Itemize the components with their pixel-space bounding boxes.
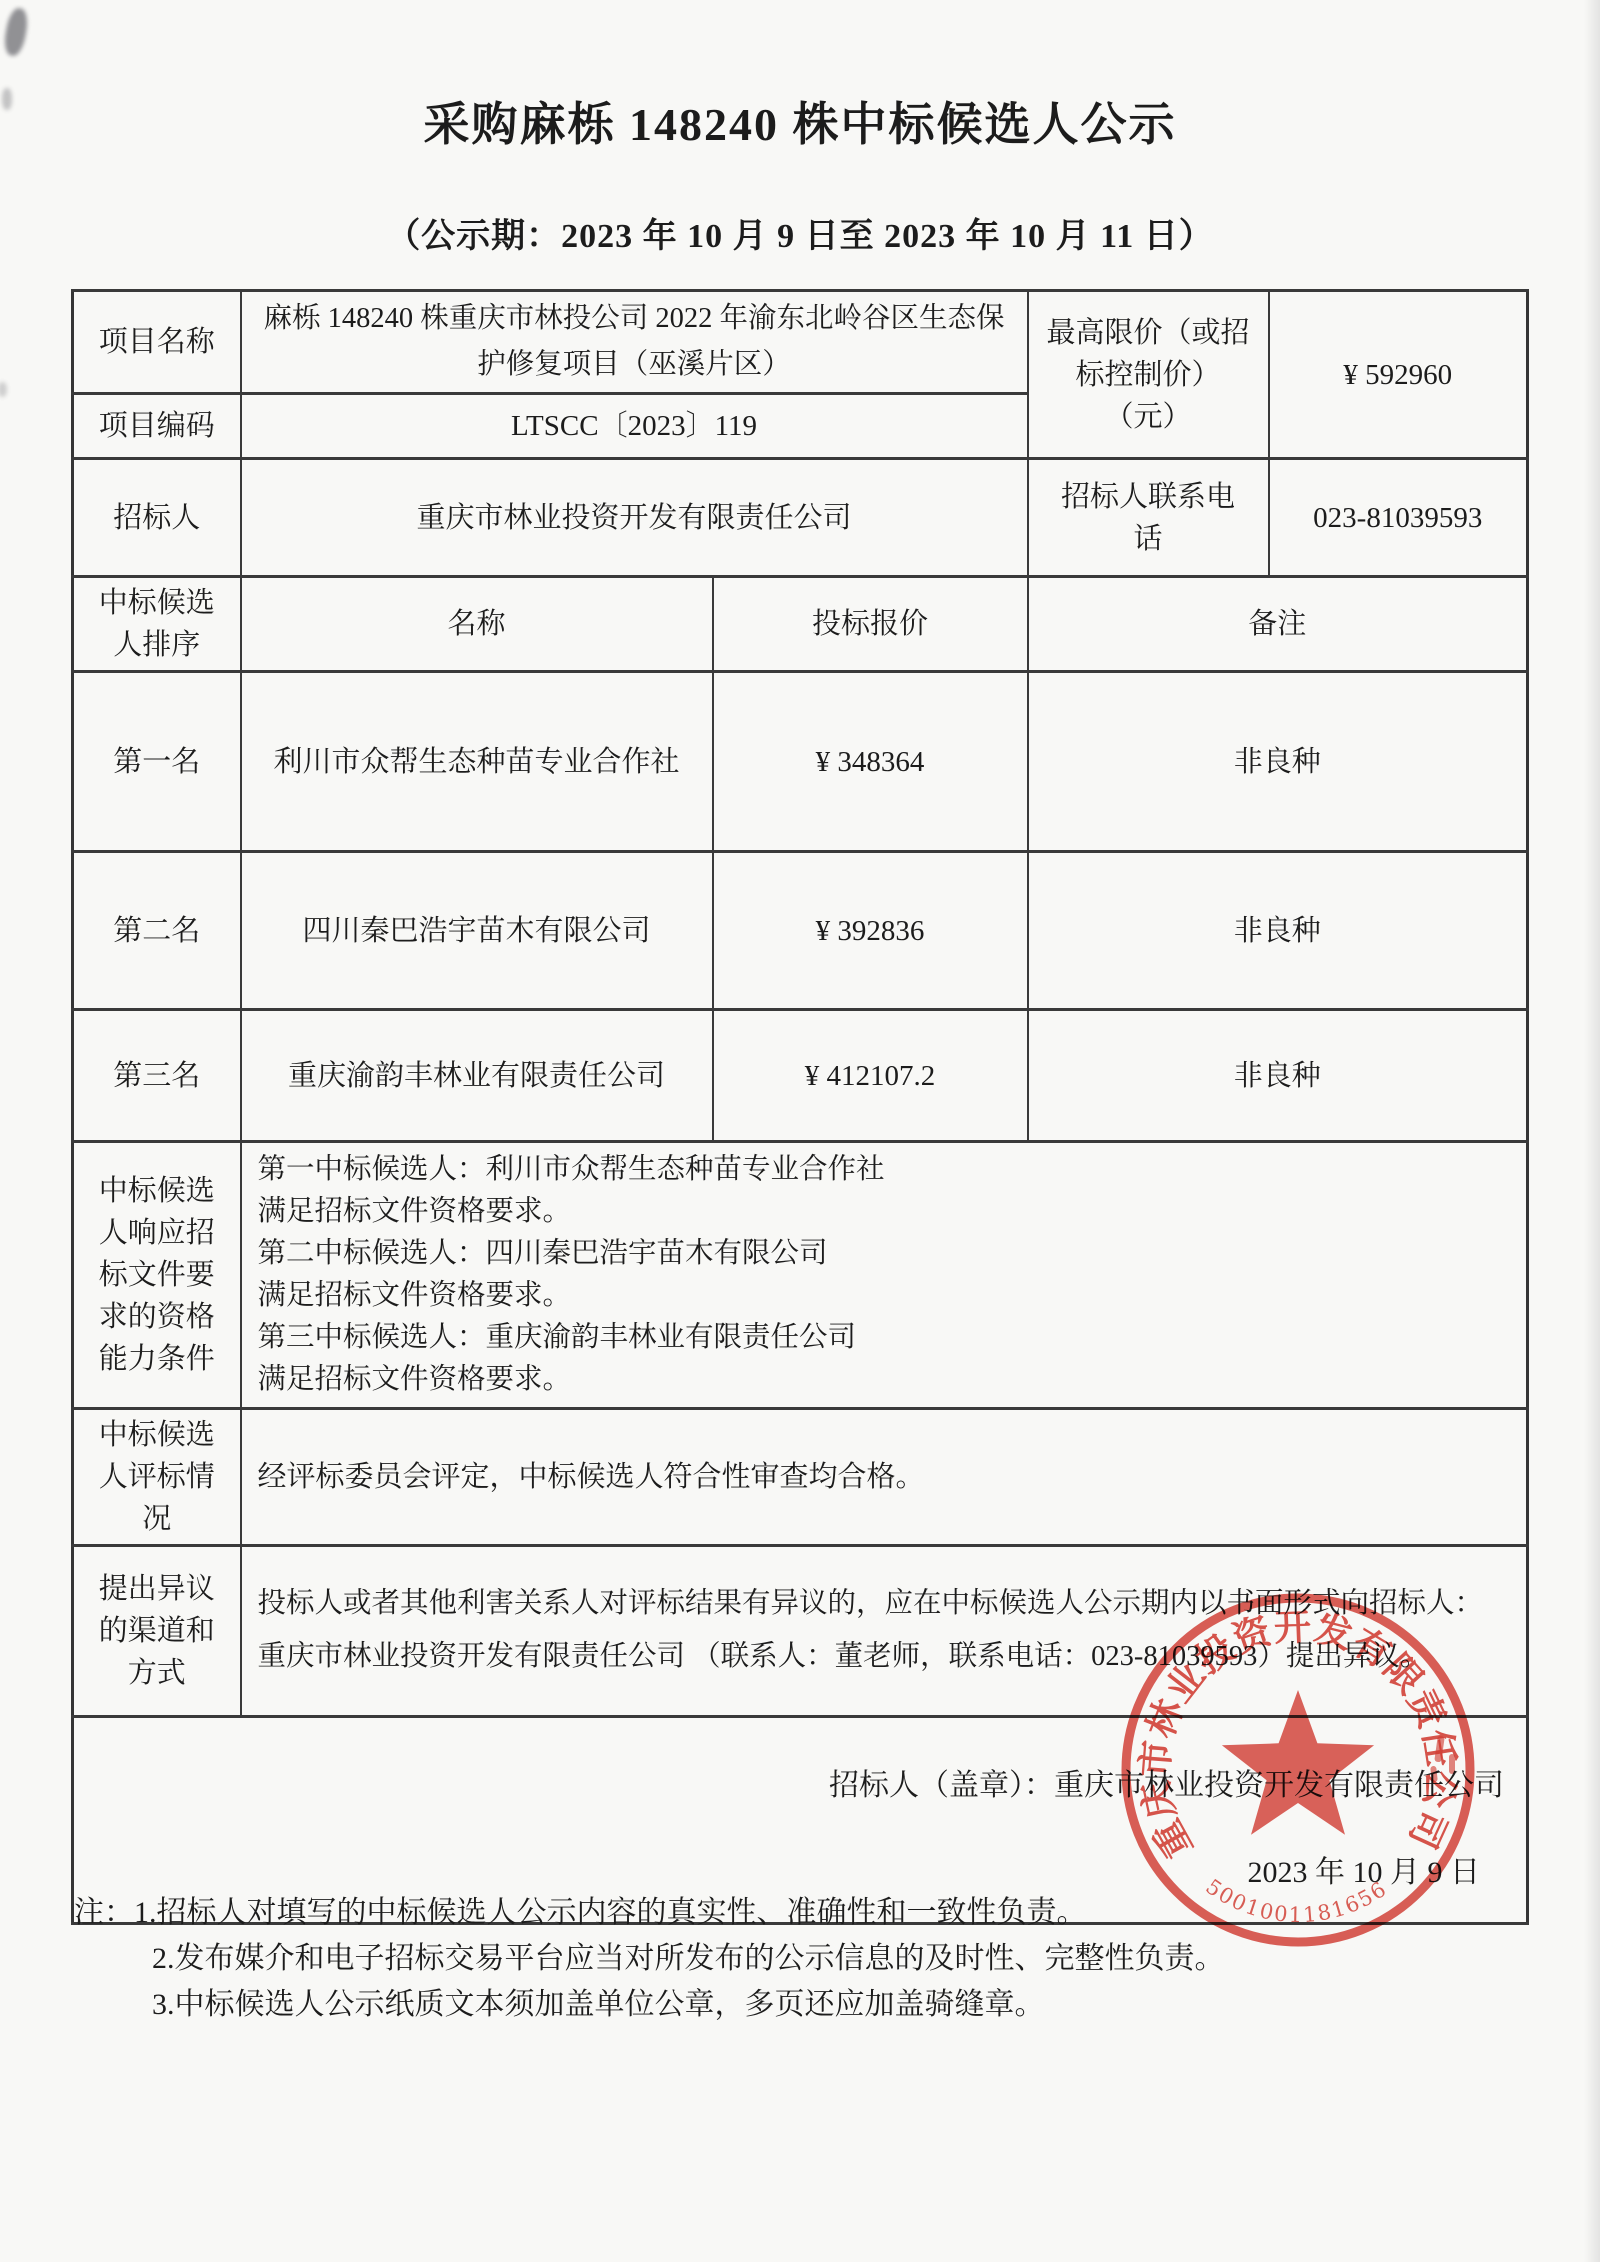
qualification-content: 第一中标候选人：利川市众帮生态种苗专业合作社 满足招标文件资格要求。 第二中标候… [241, 1142, 1528, 1408]
bid-candidates-table: 项目名称 麻栎 148240 株重庆市林投公司 2022 年渝东北岭谷区生态保护… [71, 289, 1529, 1925]
qualification-line: 第三中标候选人：重庆渝韵丰林业有限责任公司 [258, 1317, 1511, 1359]
project-name-label: 项目名称 [73, 291, 241, 394]
project-name-line2: 护修复项目（巫溪片区） [477, 349, 791, 380]
objection-label: 提出异议的渠道和方式 [73, 1545, 241, 1716]
footnote-1: 注：1.招标人对填写的中标候选人公示内容的真实性、准确性和一致性负责。 [74, 1890, 1544, 1936]
scan-edge-shade [1584, 0, 1600, 2262]
tenderer-phone-label: 招标人联系电话 [1028, 459, 1269, 577]
tenderer-phone-value: 023-81039593 [1269, 459, 1528, 577]
max-price-label-line1: 最高限价（或招 [1047, 317, 1250, 349]
objection-row: 提出异议的渠道和方式 投标人或者其他利害关系人对评标结果有异议的，应在中标候选人… [73, 1545, 1528, 1716]
candidates-header-row: 中标候选人排序 名称 投标报价 备注 [73, 577, 1528, 672]
qualification-line: 满足招标文件资格要求。 [258, 1359, 1511, 1401]
candidate-row-3: 第三名 重庆渝韵丰林业有限责任公司 ¥ 412107.2 非良种 [73, 1010, 1528, 1142]
scan-artifact [0, 382, 7, 397]
scan-artifact [2, 7, 30, 58]
footnote-prefix: 注： [74, 1896, 134, 1929]
phone-label-line1: 招标人联系电 [1061, 481, 1235, 513]
footnote-3: 3.中标候选人公示纸质文本须加盖单位公章，多页还应加盖骑缝章。 [74, 1982, 1544, 2028]
project-code-value: LTSCC〔2023〕119 [241, 394, 1028, 459]
project-name-line1: 麻栎 148240 株重庆市林投公司 2022 年渝东北岭谷区生态保 [264, 303, 1005, 334]
candidate-remark: 非良种 [1028, 1010, 1528, 1142]
candidate-rank: 第二名 [73, 852, 241, 1010]
name-header: 名称 [241, 577, 713, 672]
objection-line: 重庆市林业投资开发有限责任公司 （联系人：董老师，联系电话：023-810395… [258, 1631, 1511, 1684]
phone-label-line2: 话 [1134, 523, 1163, 555]
qualification-line: 第二中标候选人：四川秦巴浩宇苗木有限公司 [258, 1233, 1511, 1275]
evaluation-content: 经评标委员会评定，中标候选人符合性审查均合格。 [241, 1408, 1528, 1545]
candidate-name: 利川市众帮生态种苗专业合作社 [241, 672, 713, 852]
footnote-2: 2.发布媒介和电子招标交易平台应当对所发布的公示信息的及时性、完整性负责。 [74, 1936, 1544, 1982]
project-code-label: 项目编码 [73, 394, 241, 459]
qualification-line: 第一中标候选人：利川市众帮生态种苗专业合作社 [258, 1149, 1511, 1191]
tenderer-row: 招标人 重庆市林业投资开发有限责任公司 招标人联系电话 023-81039593 [73, 459, 1528, 577]
max-price-label: 最高限价（或招标控制价）（元） [1028, 291, 1269, 459]
qualification-line: 满足招标文件资格要求。 [258, 1275, 1511, 1317]
tenderer-name: 重庆市林业投资开发有限责任公司 [241, 459, 1028, 577]
signature-text: 招标人（盖章）：重庆市林业投资开发有限责任公司 [74, 1764, 1526, 1808]
objection-line: 投标人或者其他利害关系人对评标结果有异议的，应在中标候选人公示期内以书面形式向招… [258, 1578, 1511, 1631]
candidate-name: 四川秦巴浩宇苗木有限公司 [241, 852, 713, 1010]
candidate-row-1: 第一名 利川市众帮生态种苗专业合作社 ¥ 348364 非良种 [73, 672, 1528, 852]
candidate-price: ¥ 392836 [713, 852, 1028, 1010]
candidate-rank: 第一名 [73, 672, 241, 852]
qualification-row: 中标候选人响应招标文件要求的资格能力条件 第一中标候选人：利川市众帮生态种苗专业… [73, 1142, 1528, 1408]
candidate-rank: 第三名 [73, 1010, 241, 1142]
signature-date: 2023 年 10 月 9 日 [74, 1851, 1526, 1895]
footnotes: 注：1.招标人对填写的中标候选人公示内容的真实性、准确性和一致性负责。 2.发布… [74, 1890, 1544, 2028]
max-price-value: ¥ 592960 [1269, 291, 1528, 459]
objection-content: 投标人或者其他利害关系人对评标结果有异议的，应在中标候选人公示期内以书面形式向招… [241, 1545, 1528, 1716]
tenderer-label: 招标人 [73, 459, 241, 577]
qualification-label: 中标候选人响应招标文件要求的资格能力条件 [73, 1142, 241, 1408]
candidate-remark: 非良种 [1028, 672, 1528, 852]
candidate-row-2: 第二名 四川秦巴浩宇苗木有限公司 ¥ 392836 非良种 [73, 852, 1528, 1010]
document-page: 采购麻栎 148240 株中标候选人公示 （公示期：2023 年 10 月 9 … [0, 0, 1600, 2262]
publicity-period: （公示期：2023 年 10 月 9 日至 2023 年 10 月 11 日） [0, 208, 1600, 257]
project-name-value: 麻栎 148240 株重庆市林投公司 2022 年渝东北岭谷区生态保护修复项目（… [241, 291, 1028, 394]
candidate-price: ¥ 348364 [713, 672, 1028, 852]
rank-header: 中标候选人排序 [73, 577, 241, 672]
candidate-name: 重庆渝韵丰林业有限责任公司 [241, 1010, 713, 1142]
evaluation-row: 中标候选人评标情况 经评标委员会评定，中标候选人符合性审查均合格。 [73, 1408, 1528, 1545]
project-name-row: 项目名称 麻栎 148240 株重庆市林投公司 2022 年渝东北岭谷区生态保护… [73, 291, 1528, 394]
candidate-price: ¥ 412107.2 [713, 1010, 1028, 1142]
candidate-remark: 非良种 [1028, 852, 1528, 1010]
footnote-1-text: 1.招标人对填写的中标候选人公示内容的真实性、准确性和一致性负责。 [134, 1896, 1087, 1929]
price-header: 投标报价 [713, 577, 1028, 672]
evaluation-label: 中标候选人评标情况 [73, 1408, 241, 1545]
page-title: 采购麻栎 148240 株中标候选人公示 [0, 88, 1600, 154]
max-price-label-line2: 标控制价）（元） [1076, 359, 1221, 433]
remark-header: 备注 [1028, 577, 1528, 672]
qualification-line: 满足招标文件资格要求。 [258, 1191, 1511, 1233]
